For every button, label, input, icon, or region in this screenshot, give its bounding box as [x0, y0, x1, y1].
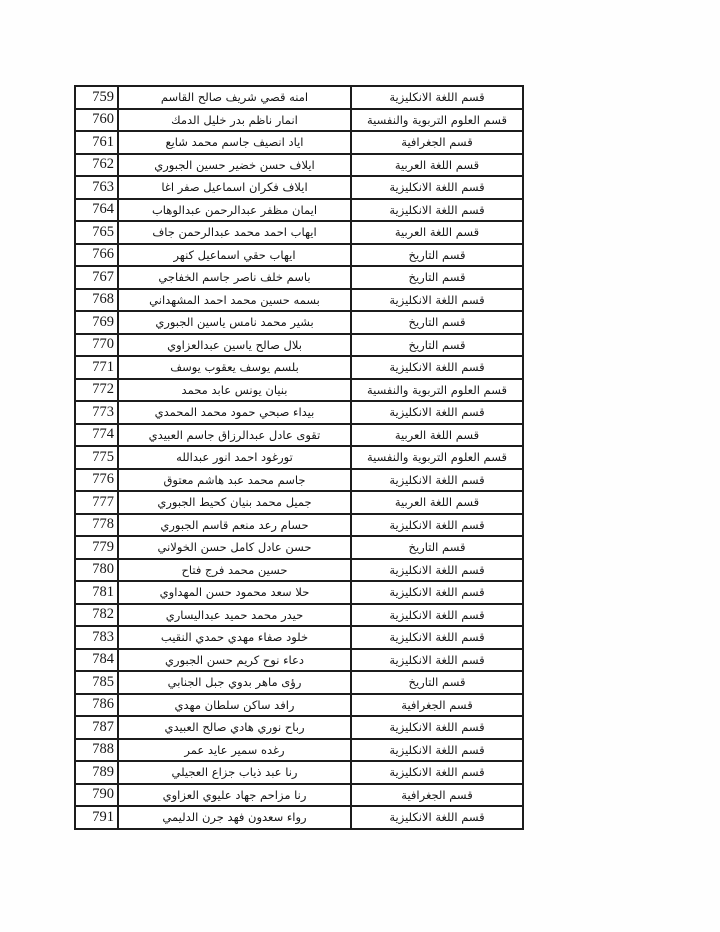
department-cell: قسم اللغة الانكليزية: [351, 806, 523, 829]
row-number-cell: 777: [75, 491, 118, 514]
department-cell: قسم الجغرافية: [351, 784, 523, 807]
row-number-cell: 784: [75, 649, 118, 672]
row-number-cell: 776: [75, 469, 118, 492]
row-number-cell: 787: [75, 716, 118, 739]
table-row: 782حيدر محمد حميد عبداليساريقسم اللغة ال…: [75, 604, 523, 627]
row-number-cell: 771: [75, 356, 118, 379]
department-cell: قسم اللغة العربية: [351, 221, 523, 244]
row-number-cell: 791: [75, 806, 118, 829]
student-name-cell: باسم خلف ناصر جاسم الخفاجي: [118, 266, 351, 289]
row-number-cell: 764: [75, 199, 118, 222]
row-number-cell: 759: [75, 86, 118, 109]
student-name-cell: رنا مزاحم جهاد عليوي العزاوي: [118, 784, 351, 807]
department-cell: قسم اللغة الانكليزية: [351, 581, 523, 604]
table-row: 759امنه قصي شريف صالح القاسمقسم اللغة ال…: [75, 86, 523, 109]
row-number-cell: 775: [75, 446, 118, 469]
student-name-cell: رغده سمير عايد عمر: [118, 739, 351, 762]
department-cell: قسم اللغة الانكليزية: [351, 761, 523, 784]
row-number-cell: 789: [75, 761, 118, 784]
table-row: 779حسن عادل كامل حسن الخولانيقسم التاريخ: [75, 536, 523, 559]
table-row: 766ايهاب حقي اسماعيل كنهرقسم التاريخ: [75, 244, 523, 267]
department-cell: قسم اللغة العربية: [351, 154, 523, 177]
student-name-cell: جاسم محمد عبد هاشم معتوق: [118, 469, 351, 492]
table-row: 770بلال صالح ياسين عبدالعزاويقسم التاريخ: [75, 334, 523, 357]
department-cell: قسم اللغة الانكليزية: [351, 626, 523, 649]
table-row: 761اياد انصيف جاسم محمد شايعقسم الجغرافي…: [75, 131, 523, 154]
student-name-cell: حسام رعد منعم قاسم الجبوري: [118, 514, 351, 537]
roster-table-body: 759امنه قصي شريف صالح القاسمقسم اللغة ال…: [75, 86, 523, 829]
student-name-cell: حيدر محمد حميد عبداليساري: [118, 604, 351, 627]
table-row: 760انمار ناظم بدر خليل الدمكقسم العلوم ا…: [75, 109, 523, 132]
scanned-document-page: 759امنه قصي شريف صالح القاسمقسم اللغة ال…: [0, 0, 720, 932]
department-cell: قسم اللغة الانكليزية: [351, 176, 523, 199]
row-number-cell: 770: [75, 334, 118, 357]
table-row: 778حسام رعد منعم قاسم الجبوريقسم اللغة ا…: [75, 514, 523, 537]
row-number-cell: 762: [75, 154, 118, 177]
student-name-cell: جميل محمد بنيان كحيط الجبوري: [118, 491, 351, 514]
table-row: 763ايلاف فكران اسماعيل صفر اغاقسم اللغة …: [75, 176, 523, 199]
department-cell: قسم اللغة الانكليزية: [351, 199, 523, 222]
department-cell: قسم العلوم التربوية والنفسية: [351, 109, 523, 132]
table-row: 784دعاء نوح كريم حسن الجبوريقسم اللغة ال…: [75, 649, 523, 672]
department-cell: قسم التاريخ: [351, 536, 523, 559]
department-cell: قسم العلوم التربوية والنفسية: [351, 379, 523, 402]
row-number-cell: 760: [75, 109, 118, 132]
row-number-cell: 782: [75, 604, 118, 627]
table-row: 786رافد ساكن سلطان مهديقسم الجغرافية: [75, 694, 523, 717]
table-row: 781حلا سعد محمود حسن المهداويقسم اللغة ا…: [75, 581, 523, 604]
row-number-cell: 779: [75, 536, 118, 559]
row-number-cell: 769: [75, 311, 118, 334]
table-row: 762ايلاف حسن خضير حسين الجبوريقسم اللغة …: [75, 154, 523, 177]
department-cell: قسم اللغة الانكليزية: [351, 289, 523, 312]
student-name-cell: بيداء صبحي حمود محمد المحمدي: [118, 401, 351, 424]
table-row: 773بيداء صبحي حمود محمد المحمديقسم اللغة…: [75, 401, 523, 424]
student-name-cell: ايمان مظفر عبدالرحمن عبدالوهاب: [118, 199, 351, 222]
student-name-cell: رؤى ماهر بدوي جبل الجنابي: [118, 671, 351, 694]
student-roster-table: 759امنه قصي شريف صالح القاسمقسم اللغة ال…: [74, 85, 524, 830]
table-row: 790رنا مزاحم جهاد عليوي العزاويقسم الجغر…: [75, 784, 523, 807]
row-number-cell: 781: [75, 581, 118, 604]
department-cell: قسم التاريخ: [351, 244, 523, 267]
table-row: 771بلسم يوسف يعقوب يوسفقسم اللغة الانكلي…: [75, 356, 523, 379]
table-row: 785رؤى ماهر بدوي جبل الجنابيقسم التاريخ: [75, 671, 523, 694]
row-number-cell: 767: [75, 266, 118, 289]
table-row: 787رباح نوري هادي صالح العبيديقسم اللغة …: [75, 716, 523, 739]
department-cell: قسم الجغرافية: [351, 694, 523, 717]
student-name-cell: رافد ساكن سلطان مهدي: [118, 694, 351, 717]
student-name-cell: دعاء نوح كريم حسن الجبوري: [118, 649, 351, 672]
row-number-cell: 761: [75, 131, 118, 154]
table-row: 783خلود صفاء مهدي حمدي النقيبقسم اللغة ا…: [75, 626, 523, 649]
row-number-cell: 773: [75, 401, 118, 424]
student-name-cell: ايهاب احمد محمد عبدالرحمن جاف: [118, 221, 351, 244]
row-number-cell: 788: [75, 739, 118, 762]
table-row: 764ايمان مظفر عبدالرحمن عبدالوهابقسم الل…: [75, 199, 523, 222]
row-number-cell: 783: [75, 626, 118, 649]
student-name-cell: بنيان يونس عابد محمد: [118, 379, 351, 402]
student-name-cell: امنه قصي شريف صالح القاسم: [118, 86, 351, 109]
row-number-cell: 785: [75, 671, 118, 694]
student-name-cell: رنا عبد ذياب جزاع العجيلي: [118, 761, 351, 784]
department-cell: قسم الجغرافية: [351, 131, 523, 154]
department-cell: قسم التاريخ: [351, 671, 523, 694]
student-name-cell: حسين محمد فرج فتاح: [118, 559, 351, 582]
department-cell: قسم اللغة الانكليزية: [351, 604, 523, 627]
row-number-cell: 763: [75, 176, 118, 199]
department-cell: قسم اللغة الانكليزية: [351, 469, 523, 492]
row-number-cell: 772: [75, 379, 118, 402]
department-cell: قسم التاريخ: [351, 311, 523, 334]
department-cell: قسم اللغة الانكليزية: [351, 514, 523, 537]
row-number-cell: 790: [75, 784, 118, 807]
table-row: 788رغده سمير عايد عمرقسم اللغة الانكليزي…: [75, 739, 523, 762]
row-number-cell: 786: [75, 694, 118, 717]
row-number-cell: 768: [75, 289, 118, 312]
row-number-cell: 780: [75, 559, 118, 582]
department-cell: قسم التاريخ: [351, 266, 523, 289]
student-name-cell: ايهاب حقي اسماعيل كنهر: [118, 244, 351, 267]
department-cell: قسم التاريخ: [351, 334, 523, 357]
department-cell: قسم اللغة الانكليزية: [351, 559, 523, 582]
department-cell: قسم اللغة الانكليزية: [351, 86, 523, 109]
student-name-cell: بلسم يوسف يعقوب يوسف: [118, 356, 351, 379]
table-row: 768بسمه حسين محمد احمد المشهدانيقسم اللغ…: [75, 289, 523, 312]
row-number-cell: 766: [75, 244, 118, 267]
department-cell: قسم اللغة الانكليزية: [351, 401, 523, 424]
table-row: 780حسين محمد فرج فتاحقسم اللغة الانكليزي…: [75, 559, 523, 582]
department-cell: قسم اللغة الانكليزية: [351, 649, 523, 672]
student-name-cell: ايلاف فكران اسماعيل صفر اغا: [118, 176, 351, 199]
student-name-cell: خلود صفاء مهدي حمدي النقيب: [118, 626, 351, 649]
student-name-cell: تورغود احمد انور عبدالله: [118, 446, 351, 469]
student-name-cell: بشير محمد نامس ياسين الجبوري: [118, 311, 351, 334]
table-row: 777جميل محمد بنيان كحيط الجبوريقسم اللغة…: [75, 491, 523, 514]
table-row: 774تقوى عادل عبدالرزاق جاسم العبيديقسم ا…: [75, 424, 523, 447]
table-row: 772بنيان يونس عابد محمدقسم العلوم التربو…: [75, 379, 523, 402]
row-number-cell: 778: [75, 514, 118, 537]
student-name-cell: بلال صالح ياسين عبدالعزاوي: [118, 334, 351, 357]
department-cell: قسم اللغة العربية: [351, 491, 523, 514]
student-name-cell: حلا سعد محمود حسن المهداوي: [118, 581, 351, 604]
student-name-cell: ايلاف حسن خضير حسين الجبوري: [118, 154, 351, 177]
department-cell: قسم اللغة العربية: [351, 424, 523, 447]
student-name-cell: حسن عادل كامل حسن الخولاني: [118, 536, 351, 559]
table-row: 765ايهاب احمد محمد عبدالرحمن جافقسم اللغ…: [75, 221, 523, 244]
student-name-cell: بسمه حسين محمد احمد المشهداني: [118, 289, 351, 312]
table-row: 789رنا عبد ذياب جزاع العجيليقسم اللغة ال…: [75, 761, 523, 784]
table-row: 791رواء سعدون فهد جرن الدليميقسم اللغة ا…: [75, 806, 523, 829]
student-name-cell: اياد انصيف جاسم محمد شايع: [118, 131, 351, 154]
row-number-cell: 774: [75, 424, 118, 447]
department-cell: قسم اللغة الانكليزية: [351, 356, 523, 379]
student-name-cell: تقوى عادل عبدالرزاق جاسم العبيدي: [118, 424, 351, 447]
department-cell: قسم اللغة الانكليزية: [351, 716, 523, 739]
row-number-cell: 765: [75, 221, 118, 244]
table-row: 769بشير محمد نامس ياسين الجبوريقسم التار…: [75, 311, 523, 334]
student-name-cell: انمار ناظم بدر خليل الدمك: [118, 109, 351, 132]
student-name-cell: رواء سعدون فهد جرن الدليمي: [118, 806, 351, 829]
student-name-cell: رباح نوري هادي صالح العبيدي: [118, 716, 351, 739]
department-cell: قسم العلوم التربوية والنفسية: [351, 446, 523, 469]
department-cell: قسم اللغة الانكليزية: [351, 739, 523, 762]
table-row: 775تورغود احمد انور عبداللهقسم العلوم ال…: [75, 446, 523, 469]
table-row: 767باسم خلف ناصر جاسم الخفاجيقسم التاريخ: [75, 266, 523, 289]
table-row: 776جاسم محمد عبد هاشم معتوققسم اللغة الا…: [75, 469, 523, 492]
